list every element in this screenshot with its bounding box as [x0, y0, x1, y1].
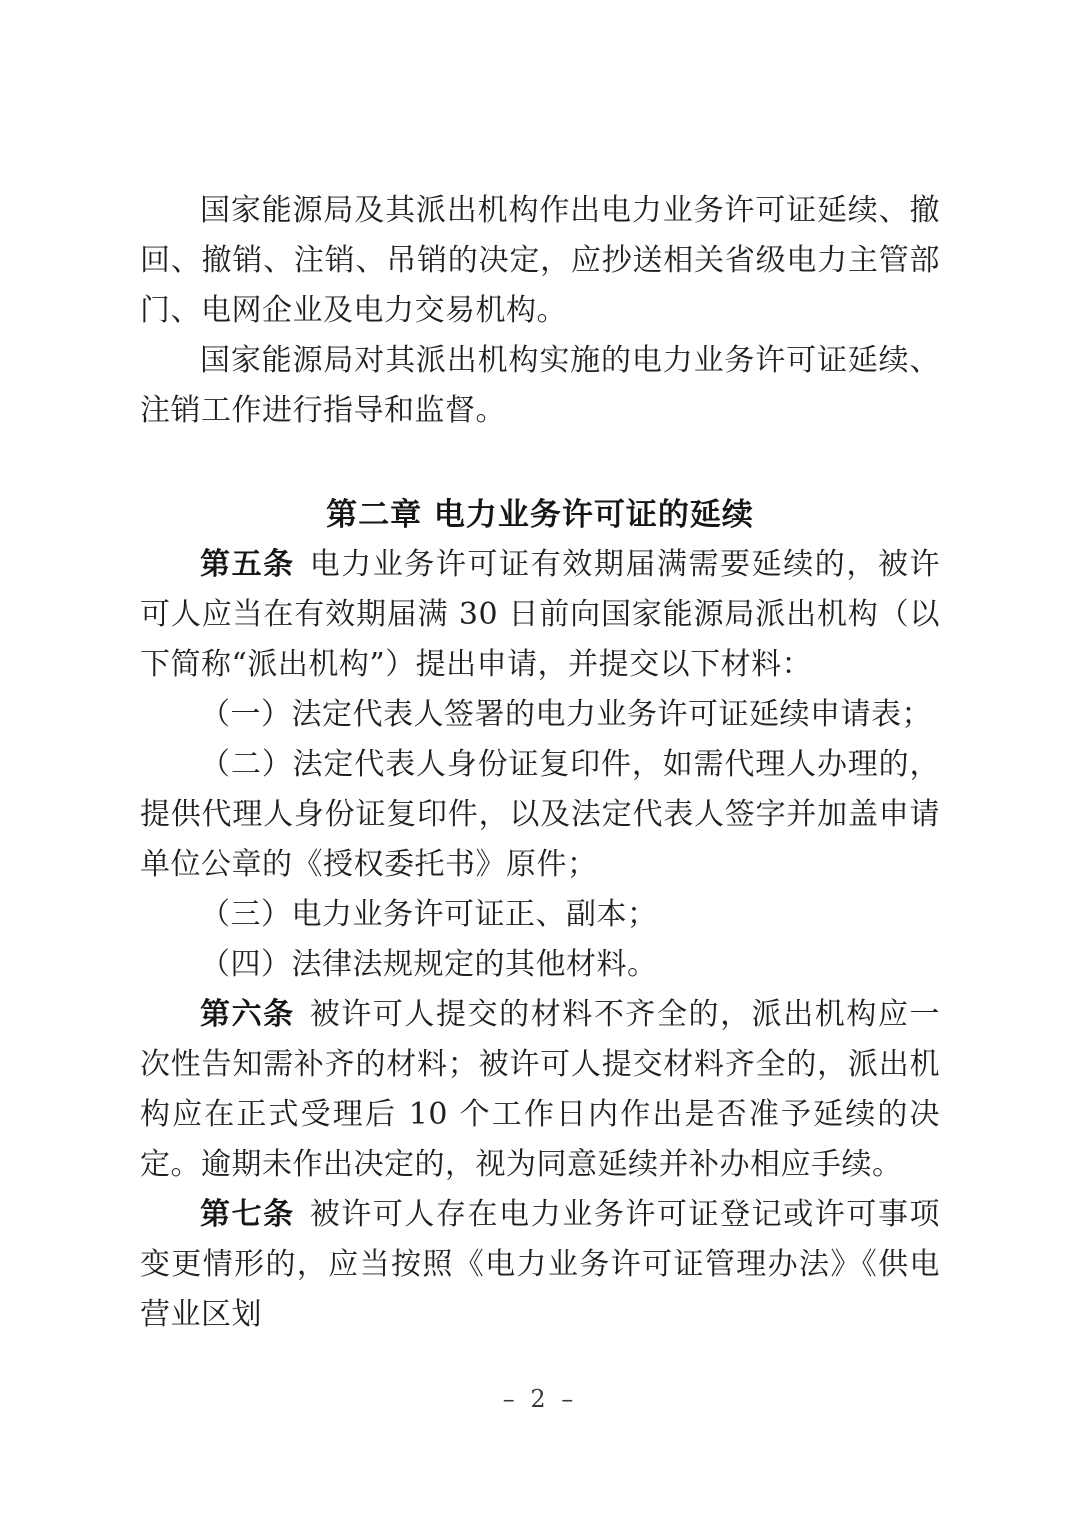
list-item-1: （一）法定代表人签署的电力业务许可证延续申请表； — [140, 690, 940, 740]
list-item-4: （四）法律法规规定的其他材料。 — [140, 940, 940, 990]
article-6-label: 第六条 — [200, 997, 295, 1032]
list-item-2: （二）法定代表人身份证复印件，如需代理人办理的，提供代理人身份证复印件，以及法定… — [140, 740, 940, 890]
article-7-label: 第七条 — [200, 1197, 295, 1232]
document-page: 国家能源局及其派出机构作出电力业务许可证延续、撤回、撤销、注销、吊销的决定，应抄… — [0, 0, 1080, 1527]
page-footer: – 2 – — [0, 1383, 1080, 1415]
list-item-3: （三）电力业务许可证正、副本； — [140, 890, 940, 940]
article-6-paragraph: 第六条被许可人提交的材料不齐全的，派出机构应一次性告知需补齐的材料；被许可人提交… — [140, 990, 940, 1190]
article-7-paragraph: 第七条被许可人存在电力业务许可证登记或许可事项变更情形的，应当按照《电力业务许可… — [140, 1190, 940, 1340]
chapter-heading: 第二章 电力业务许可证的延续 — [140, 490, 940, 540]
intro-paragraph-1: 国家能源局及其派出机构作出电力业务许可证延续、撤回、撤销、注销、吊销的决定，应抄… — [140, 186, 940, 336]
article-5-paragraph: 第五条电力业务许可证有效期届满需要延续的，被许可人应当在有效期届满 30 日前向… — [140, 540, 940, 690]
article-5-label: 第五条 — [200, 547, 295, 582]
intro-paragraph-2: 国家能源局对其派出机构实施的电力业务许可证延续、注销工作进行指导和监督。 — [140, 336, 940, 436]
page-number: – 2 – — [503, 1385, 578, 1413]
